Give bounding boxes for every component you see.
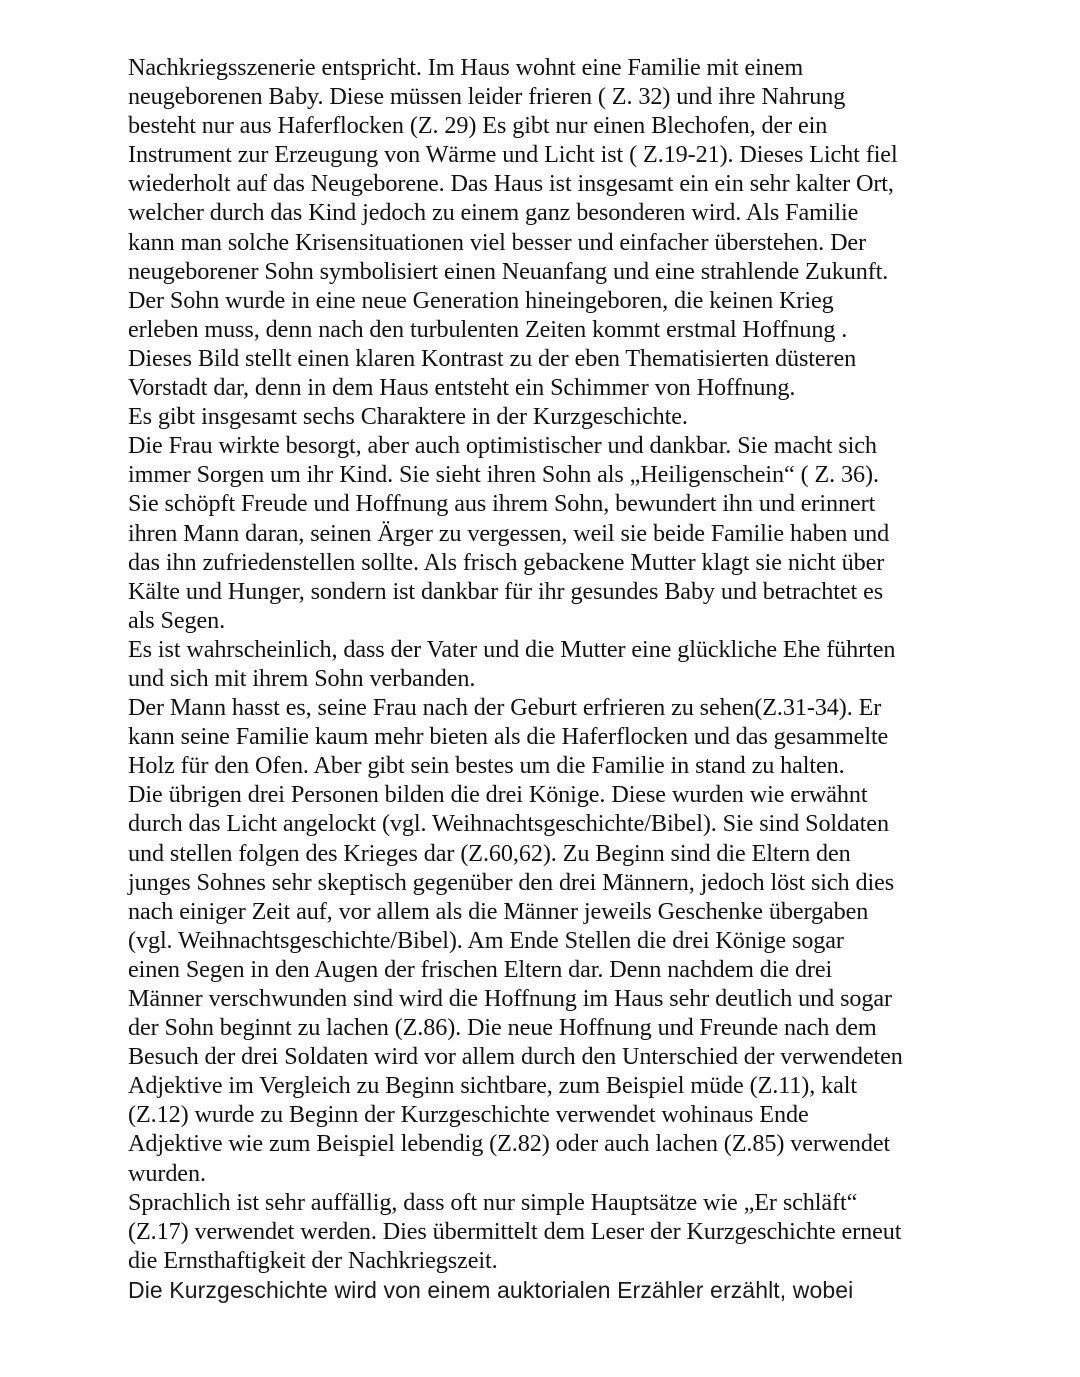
text-line: Dieses Bild stellt einen klaren Kontrast… (128, 344, 968, 373)
paragraph-father: Der Mann hasst es, seine Frau nach der G… (128, 693, 968, 780)
text-line: Instrument zur Erzeugung von Wärme und L… (128, 140, 968, 169)
text-line: besteht nur aus Haferflocken (Z. 29) Es … (128, 111, 968, 140)
text-line: Der Sohn wurde in eine neue Generation h… (128, 286, 968, 315)
text-line: Männer verschwunden sind wird die Hoffnu… (128, 984, 968, 1013)
text-line: der Sohn beginnt zu lachen (Z.86). Die n… (128, 1013, 968, 1042)
text-line: wurden. (128, 1159, 968, 1188)
text-line: einen Segen in den Augen der frischen El… (128, 955, 968, 984)
text-line: kann seine Familie kaum mehr bieten als … (128, 722, 968, 751)
text-line: kann man solche Krisensituationen viel b… (128, 228, 968, 257)
text-line: Besuch der drei Soldaten wird vor allem … (128, 1042, 968, 1071)
text-line: Holz für den Ofen. Aber gibt sein bestes… (128, 751, 968, 780)
text-line: die Ernsthaftigkeit der Nachkriegszeit. (128, 1246, 968, 1275)
text-line: (Z.17) verwendet werden. Dies übermittel… (128, 1217, 968, 1246)
text-line: immer Sorgen um ihr Kind. Sie sieht ihre… (128, 460, 968, 489)
text-line: erleben muss, denn nach den turbulenten … (128, 315, 968, 344)
text-line: durch das Licht angelockt (vgl. Weihnach… (128, 809, 968, 838)
text-line: wiederholt auf das Neugeborene. Das Haus… (128, 169, 968, 198)
text-line: neugeborenen Baby. Diese müssen leider f… (128, 82, 968, 111)
text-line: nach einiger Zeit auf, vor allem als die… (128, 897, 968, 926)
paragraph-narrator-start: Die Kurzgeschichte wird von einem auktor… (128, 1275, 968, 1305)
text-line: Der Mann hasst es, seine Frau nach der G… (128, 693, 968, 722)
text-line: junges Sohnes sehr skeptisch gegenüber d… (128, 868, 968, 897)
text-line: (Z.12) wurde zu Beginn der Kurzgeschicht… (128, 1100, 968, 1129)
text-line: als Segen. (128, 606, 968, 635)
text-line: Es gibt insgesamt sechs Charaktere in de… (128, 402, 968, 431)
text-line: welcher durch das Kind jedoch zu einem g… (128, 198, 968, 227)
document-page: Nachkriegsszenerie entspricht. Im Haus w… (128, 53, 968, 1305)
paragraph-language: Sprachlich ist sehr auffällig, dass oft … (128, 1188, 968, 1275)
text-line: Sprachlich ist sehr auffällig, dass oft … (128, 1188, 968, 1217)
text-line: Vorstadt dar, denn in dem Haus entsteht … (128, 373, 968, 402)
text-line: und sich mit ihrem Sohn verbanden. (128, 664, 968, 693)
paragraph-marriage: Es ist wahrscheinlich, dass der Vater un… (128, 635, 968, 693)
text-line: Sie schöpft Freude und Hoffnung aus ihre… (128, 489, 968, 518)
text-line: (vgl. Weihnachtsgeschichte/Bibel). Am En… (128, 926, 968, 955)
text-line: Nachkriegsszenerie entspricht. Im Haus w… (128, 53, 968, 82)
paragraph-mother: Die Frau wirkte besorgt, aber auch optim… (128, 431, 968, 635)
text-line: Kälte und Hunger, sondern ist dankbar fü… (128, 577, 968, 606)
text-line: Es ist wahrscheinlich, dass der Vater un… (128, 635, 968, 664)
paragraph-three-kings: Die übrigen drei Personen bilden die dre… (128, 780, 968, 1187)
text-line: das ihn zufriedenstellen sollte. Als fri… (128, 548, 968, 577)
text-line: Die Frau wirkte besorgt, aber auch optim… (128, 431, 968, 460)
text-line: Adjektive im Vergleich zu Beginn sichtba… (128, 1071, 968, 1100)
paragraph-characters-intro: Es gibt insgesamt sechs Charaktere in de… (128, 402, 968, 431)
text-line: und stellen folgen des Krieges dar (Z.60… (128, 839, 968, 868)
text-line: ihren Mann daran, seinen Ärger zu verges… (128, 519, 968, 548)
text-line: Adjektive wie zum Beispiel lebendig (Z.8… (128, 1129, 968, 1158)
text-line: Die übrigen drei Personen bilden die dre… (128, 780, 968, 809)
text-line: neugeborener Sohn symbolisiert einen Neu… (128, 257, 968, 286)
paragraph-setting: Nachkriegsszenerie entspricht. Im Haus w… (128, 53, 968, 402)
